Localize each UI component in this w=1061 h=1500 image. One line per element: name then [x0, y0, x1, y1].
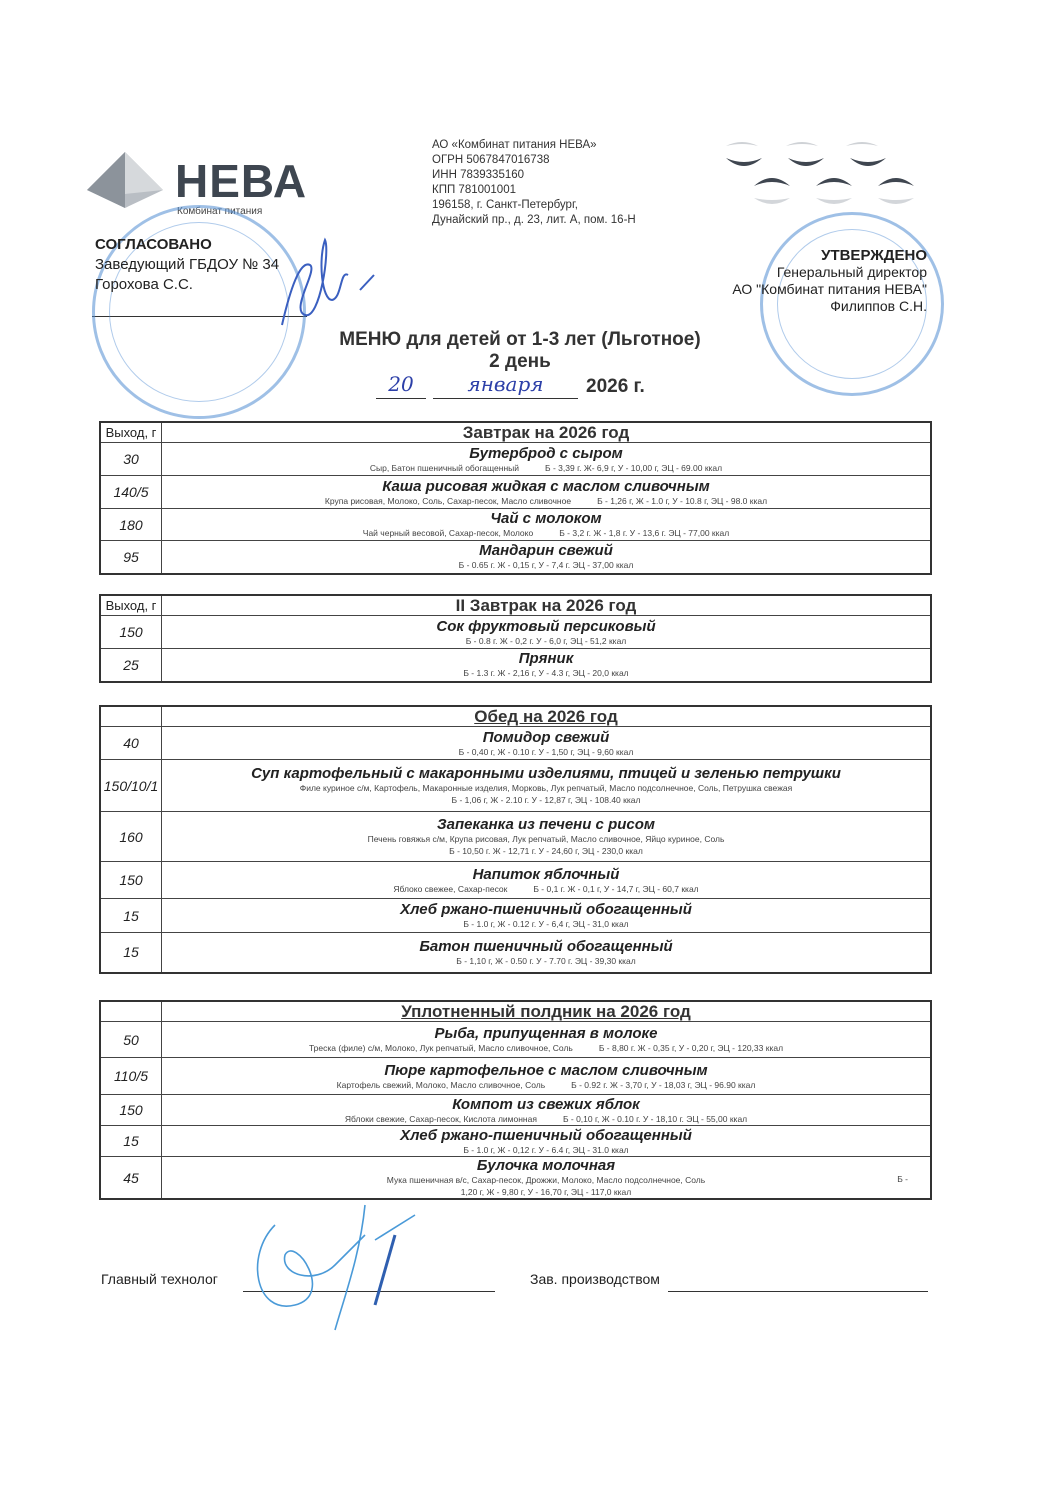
- output-column-header: Выход, г: [100, 595, 162, 616]
- dish-name: Пряник: [162, 650, 930, 667]
- dish-name: Компот из свежих яблок: [162, 1096, 930, 1113]
- output-column-header: [100, 706, 162, 727]
- chief-technologist-label: Главный технолог: [101, 1271, 218, 1287]
- company-kpp: КПП 781001001: [432, 183, 636, 198]
- dish-name: Бутерброд с сыром: [162, 445, 930, 462]
- dish-row: 150/10/1Суп картофельный с макаронными и…: [100, 760, 931, 812]
- menu-table-second-breakfast: Выход, гII Завтрак на 2026 год150Сок фру…: [99, 594, 932, 683]
- company-address-line-1: 196158, г. Санкт-Петербург,: [432, 198, 636, 213]
- dish-name: Батон пшеничный обогащенный: [162, 938, 930, 955]
- section-header-row: Обед на 2026 год: [100, 706, 931, 727]
- dish-nutrition: Б - 0.92 г. Ж - 3,70 г, У - 18,03 г, ЭЦ …: [571, 1080, 755, 1090]
- company-details: АО «Комбинат питания НЕВА» ОГРН 50678470…: [432, 138, 636, 228]
- dish-output: 110/5: [100, 1058, 162, 1095]
- dish-ingredients: Яблоки свежие, Сахар-песок, Кислота лимо…: [345, 1114, 537, 1124]
- dish-output: 15: [100, 1126, 162, 1157]
- section-title: II Завтрак на 2026 год: [162, 596, 930, 615]
- menu-table-afternoon-snack: Уплотненный полдник на 2026 год50Рыба, п…: [99, 1000, 932, 1200]
- production-head-label: Зав. производством: [530, 1271, 667, 1287]
- dish-ingredients: Яблоко свежее, Сахар-песок: [393, 884, 507, 894]
- dish-row: 160Запеканка из печени с рисомПечень гов…: [100, 812, 931, 862]
- dish-row: 140/5Каша рисовая жидкая с маслом сливоч…: [100, 476, 931, 509]
- approved-company: АО "Комбинат питания НЕВА": [732, 281, 927, 298]
- date-year: 2026 г.: [586, 376, 645, 398]
- dish-ingredients: Крупа рисовая, Молоко, Соль, Сахар-песок…: [325, 496, 571, 506]
- agreed-signature-line: [92, 316, 307, 317]
- dish-row: 150Сок фруктовый персиковыйБ - 0.8 г. Ж …: [100, 616, 931, 649]
- section-title: Завтрак на 2026 год: [162, 423, 930, 442]
- company-address-line-2: Дунайский пр., д. 23, лит. А, пом. 16-Н: [432, 213, 636, 228]
- dish-row: 15Хлеб ржано-пшеничный обогащенныйБ - 1.…: [100, 899, 931, 933]
- dish-ingredients: Печень говяжья с/м, Крупа рисовая, Лук р…: [162, 833, 930, 845]
- menu-title: МЕНЮ для детей от 1-3 лет (Льготное): [300, 329, 740, 351]
- production-head-signature-line: [668, 1291, 928, 1292]
- date-month: января: [433, 372, 578, 399]
- agreed-signature-icon: [270, 230, 380, 340]
- dish-nutrition: Б - 1.0 г, Ж - 0,12 г. У - 6.4 г, ЭЦ - 3…: [463, 1145, 628, 1155]
- dish-output: 40: [100, 727, 162, 760]
- dish-row: 45Булочка молочнаяМука пшеничная в/с, Са…: [100, 1157, 931, 1200]
- dish-output: 95: [100, 541, 162, 574]
- dish-name: Сок фруктовый персиковый: [162, 618, 930, 635]
- dish-ingredients: Чай черный весовой, Сахар-песок, Молоко: [363, 528, 533, 538]
- section-title: Обед на 2026 год: [162, 707, 930, 726]
- dish-name: Рыба, припущенная в молоке: [162, 1025, 930, 1042]
- neva-logo: НЕВА Комбинат питания: [85, 150, 325, 220]
- agreed-block: СОГЛАСОВАНО Заведующий ГБДОУ № 34 Горохо…: [95, 235, 279, 295]
- menu-day: 2 день: [300, 351, 740, 373]
- logo-word: НЕВА: [175, 158, 307, 204]
- dish-nutrition: Б - 1,10 г, Ж - 0.50 г. У - 7.70 г. ЭЦ -…: [456, 956, 635, 966]
- dish-nutrition: Б - 10,50 г. Ж - 12,71 г. У - 24,60 г, Э…: [162, 845, 930, 857]
- dish-output: 150: [100, 1095, 162, 1126]
- agreed-name: Горохова С.С.: [95, 275, 279, 295]
- dish-name: Хлеб ржано-пшеничный обогащенный: [162, 1127, 930, 1144]
- menu-table-lunch: Обед на 2026 год40Помидор свежийБ - 0,40…: [99, 705, 932, 974]
- dish-name: Хлеб ржано-пшеничный обогащенный: [162, 901, 930, 918]
- dish-row: 30Бутерброд с сыромСыр, Батон пшеничный …: [100, 443, 931, 476]
- dish-name: Суп картофельный с макаронными изделиями…: [162, 765, 930, 782]
- chief-technologist-signature-line: [243, 1291, 495, 1292]
- dish-name: Чай с молоком: [162, 510, 930, 527]
- dish-output: 25: [100, 649, 162, 682]
- dish-ingredients: Филе куриное с/м, Картофель, Макаронные …: [162, 782, 930, 794]
- logo-subtitle: Комбинат питания: [177, 206, 262, 217]
- dish-row: 25ПряникБ - 1.3 г. Ж - 2,16 г, У - 4.3 г…: [100, 649, 931, 682]
- dish-nutrition: Б - 8,80 г. Ж - 0,35 г, У - 0,20 г, ЭЦ -…: [599, 1043, 783, 1053]
- company-ogrn: ОГРН 5067847016738: [432, 153, 636, 168]
- dish-name: Булочка молочная: [162, 1157, 930, 1174]
- dish-name: Пюре картофельное с маслом сливочным: [162, 1062, 930, 1079]
- dish-output: 30: [100, 443, 162, 476]
- dish-row: 180Чай с молокомЧай черный весовой, Саха…: [100, 509, 931, 541]
- dish-nutrition: Б - 0.65 г. Ж - 0,15 г, У - 7,4 г. ЭЦ - …: [459, 560, 634, 570]
- dish-name: Мандарин свежий: [162, 542, 930, 559]
- section-header-row: Уплотненный полдник на 2026 год: [100, 1001, 931, 1022]
- agreed-position: Заведующий ГБДОУ № 34: [95, 255, 279, 275]
- approved-name: Филиппов С.Н.: [732, 298, 927, 315]
- menu-title-block: МЕНЮ для детей от 1-3 лет (Льготное) 2 д…: [300, 329, 740, 373]
- dish-nutrition-prefix: Б -: [897, 1174, 908, 1184]
- output-column-header: [100, 1001, 162, 1022]
- approved-block: УТВЕРЖДЕНО Генеральный директор АО "Комб…: [732, 247, 927, 315]
- dish-nutrition: Б - 0,10 г, Ж - 0.10 г. У - 18,10 г. ЭЦ …: [563, 1114, 747, 1124]
- agreed-title: СОГЛАСОВАНО: [95, 235, 279, 255]
- approved-position: Генеральный директор: [732, 264, 927, 281]
- dish-output: 180: [100, 509, 162, 541]
- dish-name: Напиток яблочный: [162, 866, 930, 883]
- dish-row: 150Напиток яблочныйЯблоко свежее, Сахар-…: [100, 862, 931, 899]
- dish-nutrition: Б - 3,2 г. Ж - 1,8 г. У - 13,6 г. ЭЦ - 7…: [559, 528, 729, 538]
- dish-output: 50: [100, 1022, 162, 1058]
- dish-row: 40Помидор свежийБ - 0,40 г, Ж - 0.10 г. …: [100, 727, 931, 760]
- section-header-row: Выход, гII Завтрак на 2026 год: [100, 595, 931, 616]
- dish-output: 150: [100, 616, 162, 649]
- dish-name: Помидор свежий: [162, 729, 930, 746]
- dish-nutrition: Б - 1.0 г, Ж - 0.12 г. У - 6,4 г, ЭЦ - 3…: [463, 919, 628, 929]
- dish-ingredients: Треска (филе) с/м, Молоко, Лук репчатый,…: [309, 1043, 573, 1053]
- dish-name: Запеканка из печени с рисом: [162, 816, 930, 833]
- dish-row: 95Мандарин свежийБ - 0.65 г. Ж - 0,15 г,…: [100, 541, 931, 574]
- dish-row: 50Рыба, припущенная в молокеТреска (филе…: [100, 1022, 931, 1058]
- dish-row: 15Батон пшеничный обогащенныйБ - 1,10 г,…: [100, 933, 931, 973]
- dish-row: 150Компот из свежих яблокЯблоки свежие, …: [100, 1095, 931, 1126]
- dish-nutrition: Б - 3,39 г. Ж- 6,9 г, У - 10,00 г, ЭЦ - …: [545, 463, 722, 473]
- pyramid-logo-icon: [85, 150, 165, 210]
- dish-output: 150: [100, 862, 162, 899]
- dish-output: 150/10/1: [100, 760, 162, 812]
- dish-row: 15Хлеб ржано-пшеничный обогащенныйБ - 1.…: [100, 1126, 931, 1157]
- dish-output: 160: [100, 812, 162, 862]
- dish-output: 140/5: [100, 476, 162, 509]
- dish-nutrition: Б - 0,40 г, Ж - 0.10 г. У - 1,50 г, ЭЦ -…: [459, 747, 634, 757]
- menu-date: 20 января 2026 г.: [376, 372, 676, 402]
- dish-nutrition: Б - 1.3 г. Ж - 2,16 г, У - 4.3 г, ЭЦ - 2…: [463, 668, 628, 678]
- wave-pattern-icon: [724, 140, 914, 210]
- dish-output: 45: [100, 1157, 162, 1200]
- dish-ingredients: Сыр, Батон пшеничный обогащенный: [370, 463, 519, 473]
- date-day: 20: [376, 372, 426, 399]
- dish-row: 110/5Пюре картофельное с маслом сливочны…: [100, 1058, 931, 1095]
- dish-nutrition: Б - 0.8 г. Ж - 0,2 г. У - 6,0 г, ЭЦ - 51…: [466, 636, 627, 646]
- dish-ingredients: Картофель свежий, Молоко, Масло сливочно…: [337, 1080, 546, 1090]
- dish-ingredients: Мука пшеничная в/с, Сахар-песок, Дрожжи,…: [162, 1174, 930, 1186]
- approved-title: УТВЕРЖДЕНО: [732, 247, 927, 264]
- dish-nutrition: Б - 0,1 г. Ж - 0,1 г, У - 14,7 г, ЭЦ - 6…: [533, 884, 698, 894]
- dish-nutrition: Б - 1,06 г, Ж - 2.10 г. У - 12,87 г, ЭЦ …: [162, 794, 930, 806]
- dish-nutrition: 1,20 г, Ж - 9,80 г, У - 16,70 г, ЭЦ - 11…: [162, 1186, 930, 1198]
- menu-table-breakfast: Выход, гЗавтрак на 2026 год30Бутерброд с…: [99, 421, 932, 575]
- output-column-header: Выход, г: [100, 422, 162, 443]
- dish-name: Каша рисовая жидкая с маслом сливочным: [162, 478, 930, 495]
- dish-output: 15: [100, 933, 162, 973]
- technologist-signature-icon: [235, 1195, 435, 1335]
- dish-nutrition: Б - 1,26 г, Ж - 1.0 г, У - 10.8 г, ЭЦ - …: [597, 496, 767, 506]
- section-title: Уплотненный полдник на 2026 год: [162, 1002, 930, 1021]
- company-name: АО «Комбинат питания НЕВА»: [432, 138, 636, 153]
- company-inn: ИНН 7839335160: [432, 168, 636, 183]
- dish-output: 15: [100, 899, 162, 933]
- section-header-row: Выход, гЗавтрак на 2026 год: [100, 422, 931, 443]
